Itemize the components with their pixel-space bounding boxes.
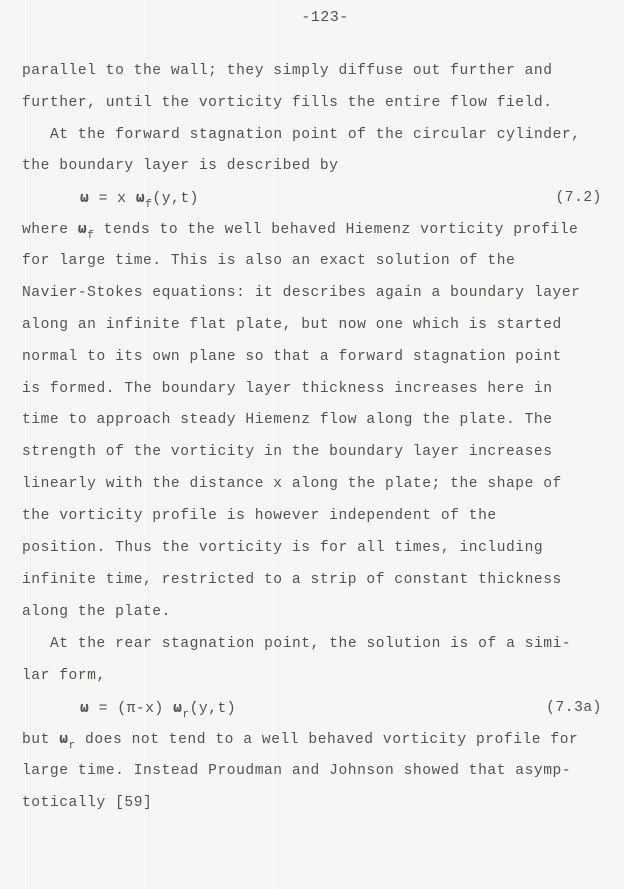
text-line: lar form, <box>22 667 106 685</box>
text-span: where <box>22 222 78 238</box>
equation-text: = x <box>89 191 136 207</box>
text-line: normal to its own plane so that a forwar… <box>22 348 562 366</box>
text-line: time to approach steady Hiemenz flow alo… <box>22 411 553 429</box>
subscript: r <box>69 740 76 752</box>
equation-text: (y,t) <box>190 701 237 717</box>
page-number: -123- <box>0 9 624 26</box>
text-line: along an infinite flat plate, but now on… <box>22 316 562 334</box>
equation-number: (7.3a) <box>546 699 602 717</box>
omega-symbol: ω <box>78 220 87 237</box>
document-page: -123- parallel to the wall; they simply … <box>0 0 624 889</box>
omega-symbol: ω <box>80 189 89 206</box>
omega-symbol: ω <box>59 730 68 747</box>
omega-symbol: ω <box>80 699 89 716</box>
text-line: along the plate. <box>22 603 171 621</box>
text-line: the vorticity profile is however indepen… <box>22 507 497 525</box>
text-line: but ωr does not tend to a well behaved v… <box>22 730 578 749</box>
text-span: tends to the well behaved Hiemenz vortic… <box>94 222 578 238</box>
text-span: does not tend to a well behaved vorticit… <box>76 732 579 748</box>
subscript: r <box>182 709 189 721</box>
equation-7-2: ω = x ωf(y,t) <box>80 189 199 208</box>
equation-number: (7.2) <box>555 189 602 207</box>
text-line: totically [59] <box>22 794 152 812</box>
text-line: strength of the vorticity in the boundar… <box>22 443 553 461</box>
text-line: the boundary layer is described by <box>22 157 338 175</box>
equation-text: (y,t) <box>152 191 199 207</box>
text-line: position. Thus the vorticity is for all … <box>22 539 543 557</box>
text-line: parallel to the wall; they simply diffus… <box>22 62 553 80</box>
text-line: At the rear stagnation point, the soluti… <box>50 635 571 653</box>
text-line: for large time. This is also an exact so… <box>22 252 515 270</box>
text-line: is formed. The boundary layer thickness … <box>22 380 553 398</box>
text-line: infinite time, restricted to a strip of … <box>22 571 562 589</box>
text-line: large time. Instead Proudman and Johnson… <box>22 762 571 780</box>
text-line: Navier-Stokes equations: it describes ag… <box>22 284 580 302</box>
text-span: but <box>22 732 59 748</box>
text-line: linearly with the distance x along the p… <box>22 475 562 493</box>
omega-symbol: ω <box>136 189 145 206</box>
equation-text: = (π-x) <box>89 701 173 717</box>
text-line: At the forward stagnation point of the c… <box>50 126 581 144</box>
equation-7-3a: ω = (π-x) ωr(y,t) <box>80 699 236 718</box>
text-line: where ωf tends to the well behaved Hieme… <box>22 220 578 239</box>
text-line: further, until the vorticity fills the e… <box>22 94 553 112</box>
